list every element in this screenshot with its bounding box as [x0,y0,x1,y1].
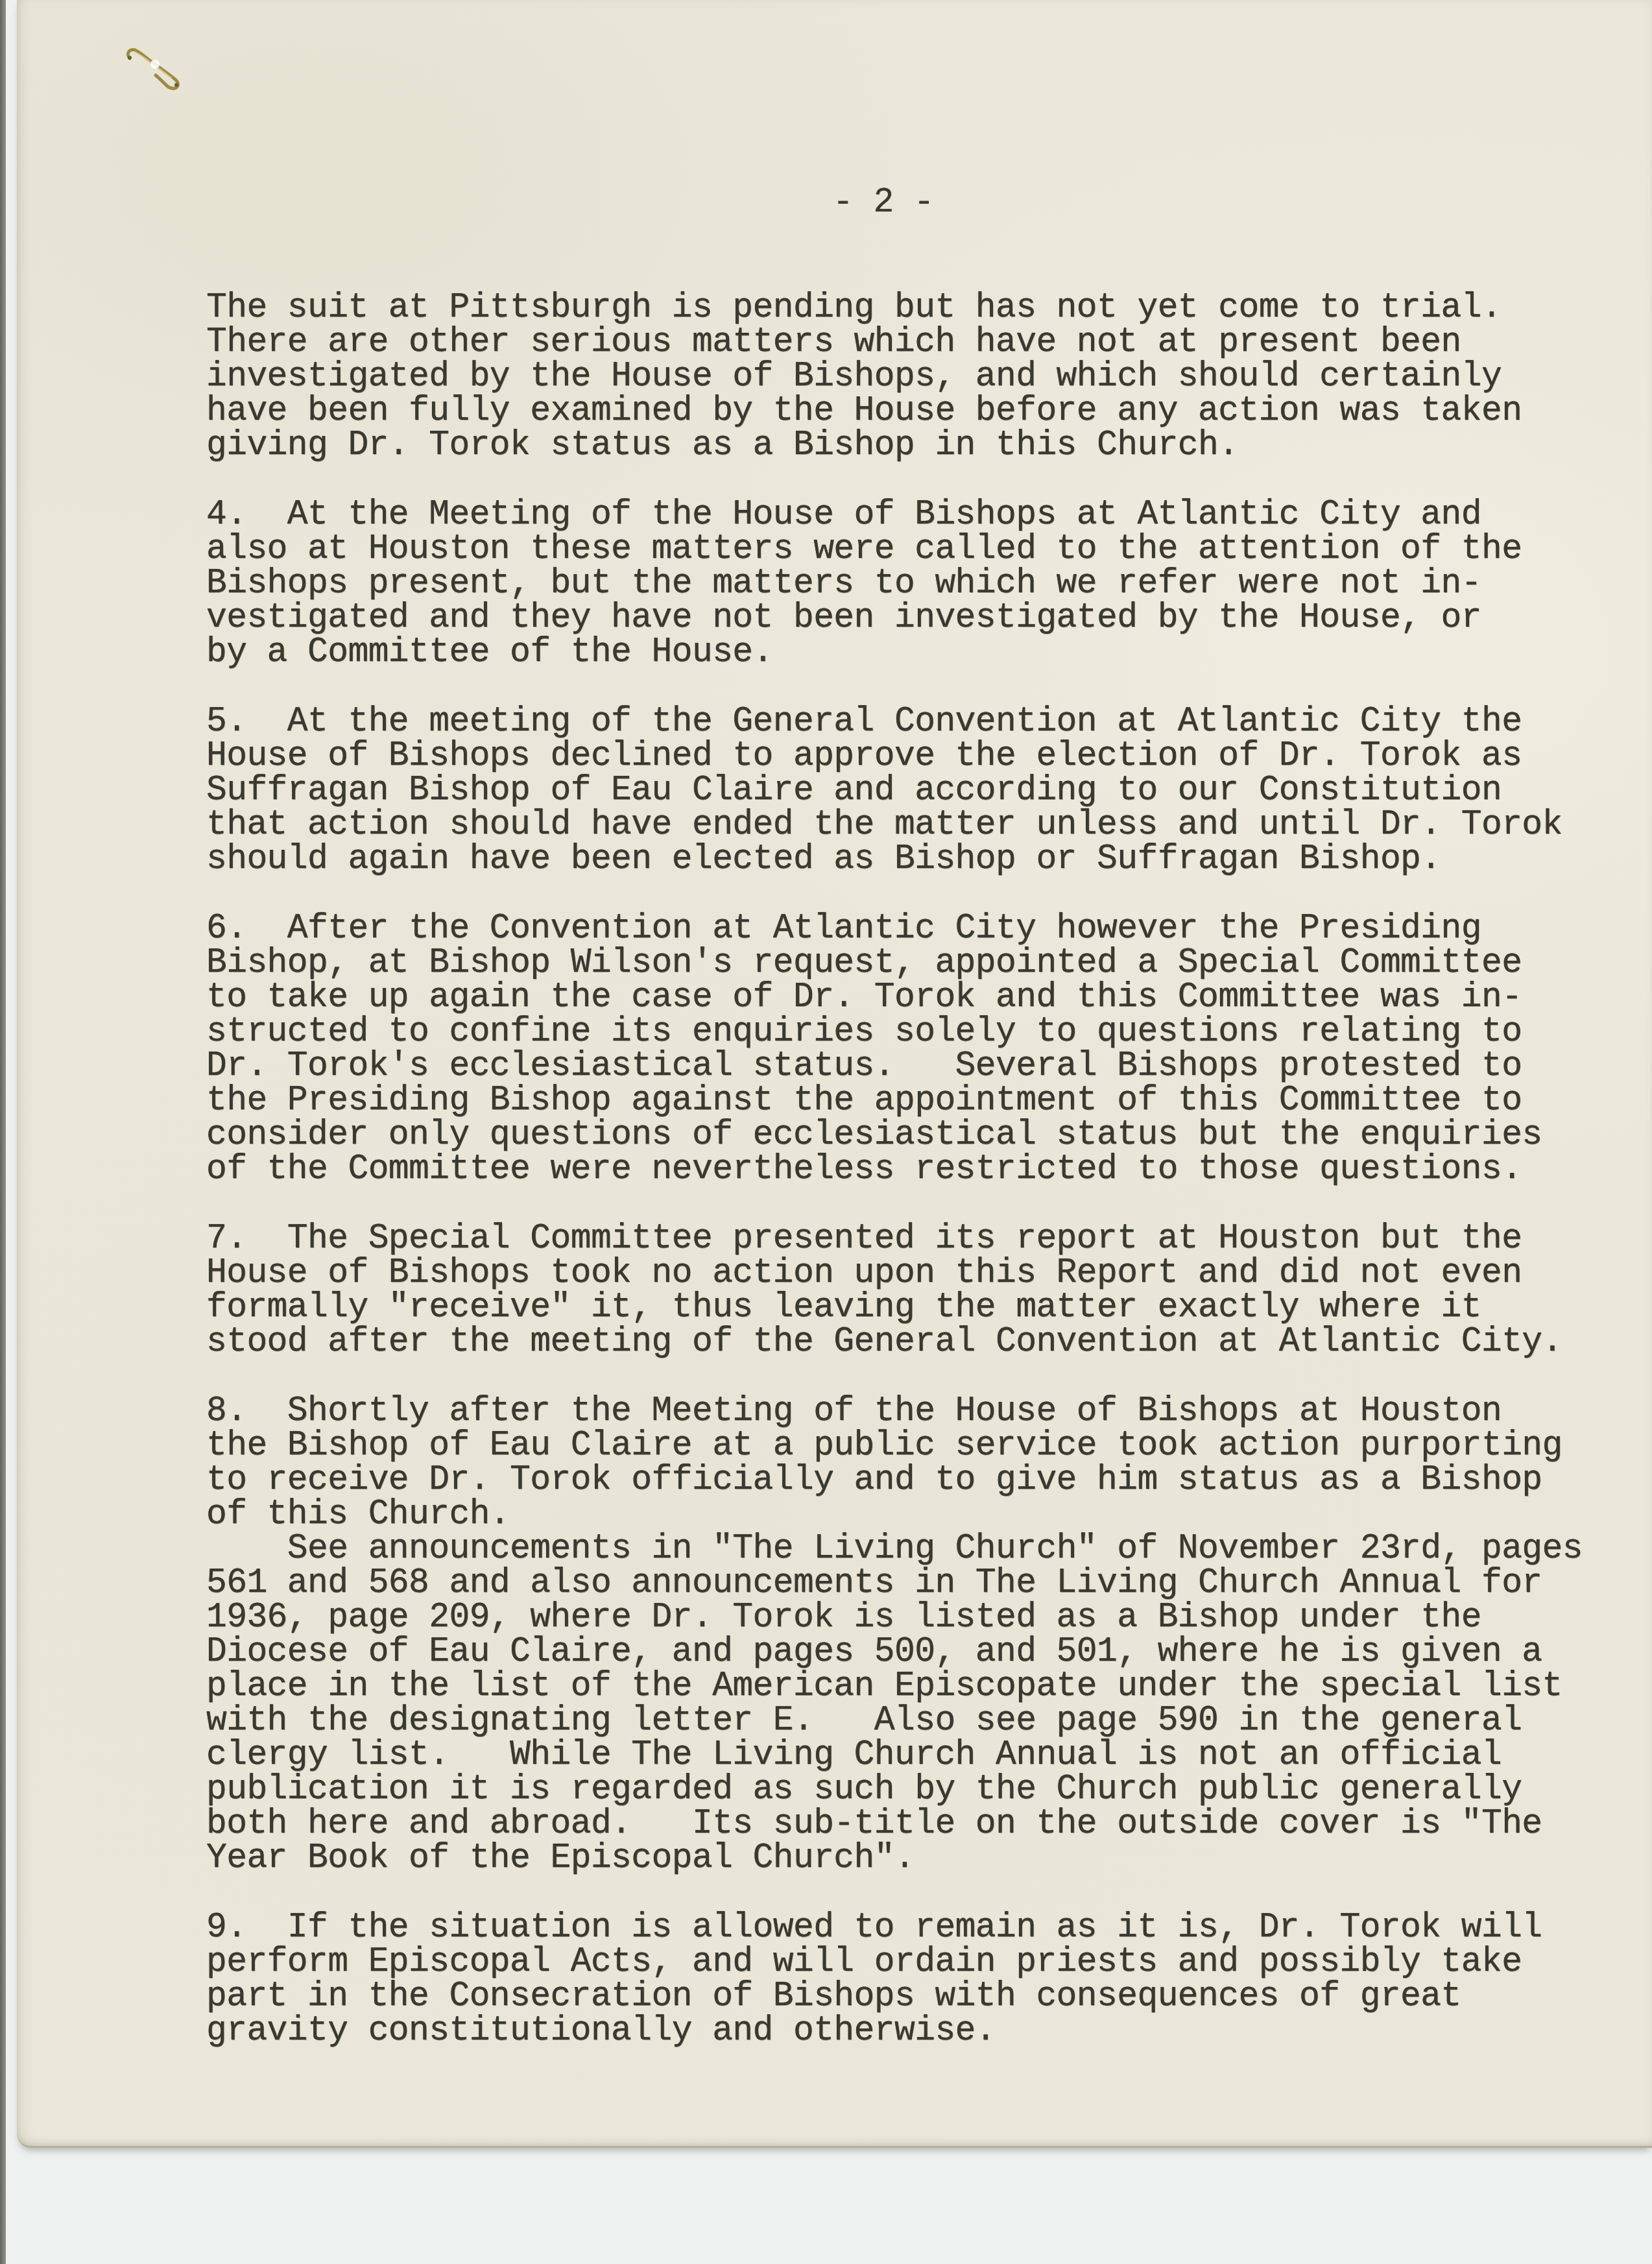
typed-paragraph-item-5: 5. At the meeting of the General Convent… [206,704,1652,876]
typed-paragraph-item-9: 9. If the situation is allowed to remain… [206,1910,1652,2048]
scanner-edge-strip [0,0,6,2264]
typed-paragraph-item-6: 6. After the Convention at Atlantic City… [206,911,1652,1186]
document-page: - 2 - The suit at Pittsburgh is pending … [17,0,1652,2148]
typed-paragraph-item-4: 4. At the Meeting of the House of Bishop… [206,498,1652,669]
typed-paragraph-item-8: 8. Shortly after the Meeting of the Hous… [206,1394,1652,1875]
scanned-document-screenshot: { "page": { "number_label": "- 2 -" }, "… [0,0,1652,2264]
typed-paragraph-intro: The suit at Pittsburgh is pending but ha… [206,291,1652,463]
page-number: - 2 - [833,183,934,222]
brass-pin-icon [119,43,192,92]
typed-paragraph-item-7: 7. The Special Committee presented its r… [206,1222,1652,1359]
document-body: The suit at Pittsburgh is pending but ha… [206,291,1652,2048]
